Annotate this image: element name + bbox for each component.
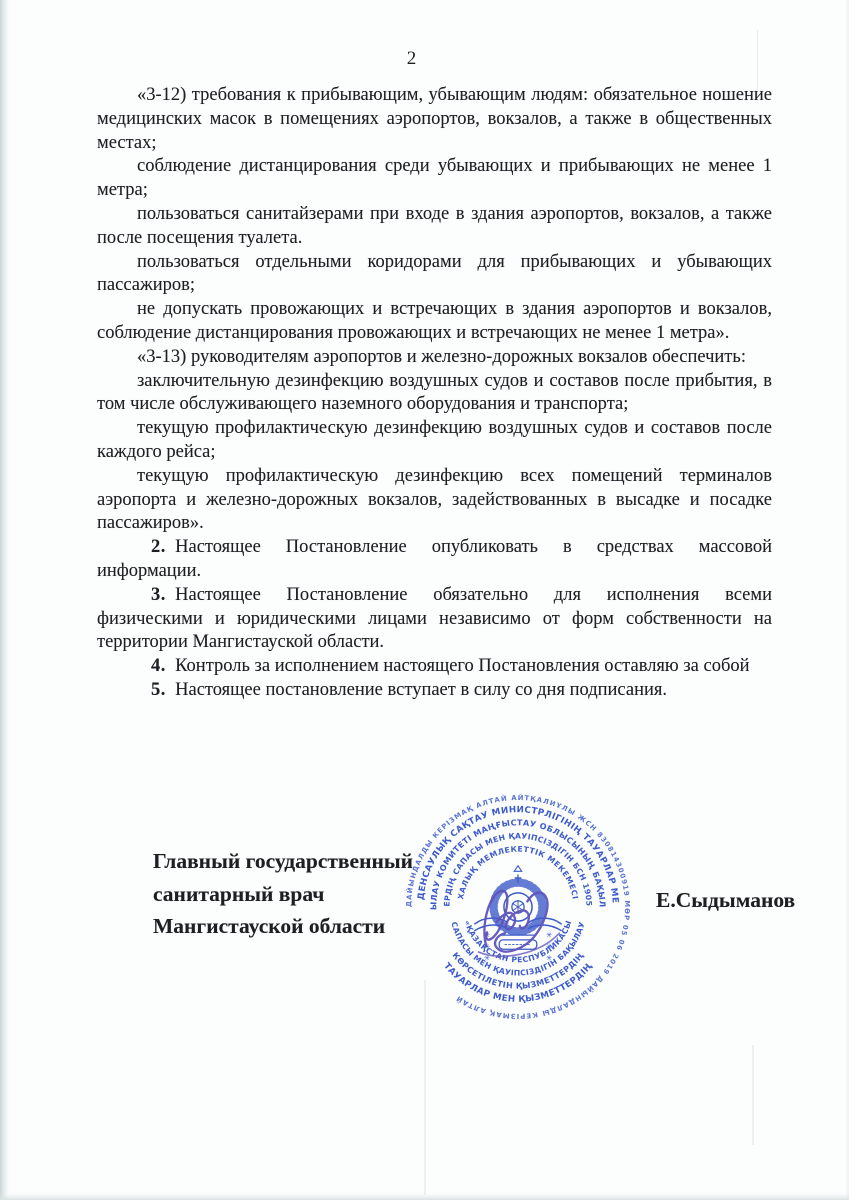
official-stamp: ДАЙЫНДАЛДЫ КЕРІЗМАҚ АЛТАЙ АЙТҚАЛИҰЛЫ ЖСН… bbox=[396, 781, 640, 1033]
signatory-name: Е.Сыдыманов bbox=[656, 888, 795, 913]
paragraph: «3-12) требования к прибывающим, убывающ… bbox=[97, 84, 772, 155]
paragraph: 5. Настоящее постановление вступает в си… bbox=[97, 679, 772, 703]
paragraph: «3-13) руководителям аэропортов и железн… bbox=[97, 346, 772, 370]
paragraph: текущую профилактическую дезинфекцию воз… bbox=[97, 417, 772, 465]
paragraph-number: 4. bbox=[151, 656, 166, 676]
scan-edge-left bbox=[0, 0, 9, 1200]
paragraph-number: 3. bbox=[151, 585, 166, 605]
paragraph: заключительную дезинфекцию воздушных суд… bbox=[97, 370, 772, 418]
stamp-text-rings: ДАЙЫНДАЛДЫ КЕРІЗМАҚ АЛТАЙ АЙТҚАЛИҰЛЫ ЖСН… bbox=[396, 781, 631, 1020]
signatory-title-line: Мангистауской области bbox=[153, 910, 413, 943]
paragraph: пользоваться санитайзерами при входе в з… bbox=[97, 203, 772, 251]
paragraph-number: 5. bbox=[151, 680, 166, 700]
paragraph: 3. Настоящее Постановление обязательно д… bbox=[97, 584, 772, 655]
paragraph: 4. Контроль за исполнением настоящего По… bbox=[97, 655, 772, 679]
paragraph: текущую профилактическую дезинфекцию все… bbox=[97, 465, 772, 536]
signatory-title-line: санитарный врач bbox=[153, 878, 413, 911]
paragraph: не допускать провожающих и встречающих в… bbox=[97, 298, 772, 346]
paragraph: соблюдение дистанцирования среди убывающ… bbox=[97, 155, 772, 203]
paragraph: 2. Настоящее Постановление опубликовать … bbox=[97, 536, 772, 584]
fold-line bbox=[752, 1045, 754, 1145]
scan-edge-right bbox=[845, 0, 849, 1200]
stamp-side-marks: ✳ ✳ ✳ bbox=[544, 930, 553, 962]
document-body: «3-12) требования к прибывающим, убывающ… bbox=[97, 84, 772, 703]
signatory-title: Главный государственный санитарный врач … bbox=[153, 845, 413, 943]
paragraph-number: 2. bbox=[151, 537, 166, 557]
page-number: 2 bbox=[0, 48, 823, 70]
signatory-title-line: Главный государственный bbox=[153, 845, 413, 878]
paragraph: пользоваться отдельными коридорами для п… bbox=[97, 251, 772, 299]
scanned-document-page: 2 «3-12) требования к прибывающим, убыва… bbox=[0, 0, 849, 1200]
